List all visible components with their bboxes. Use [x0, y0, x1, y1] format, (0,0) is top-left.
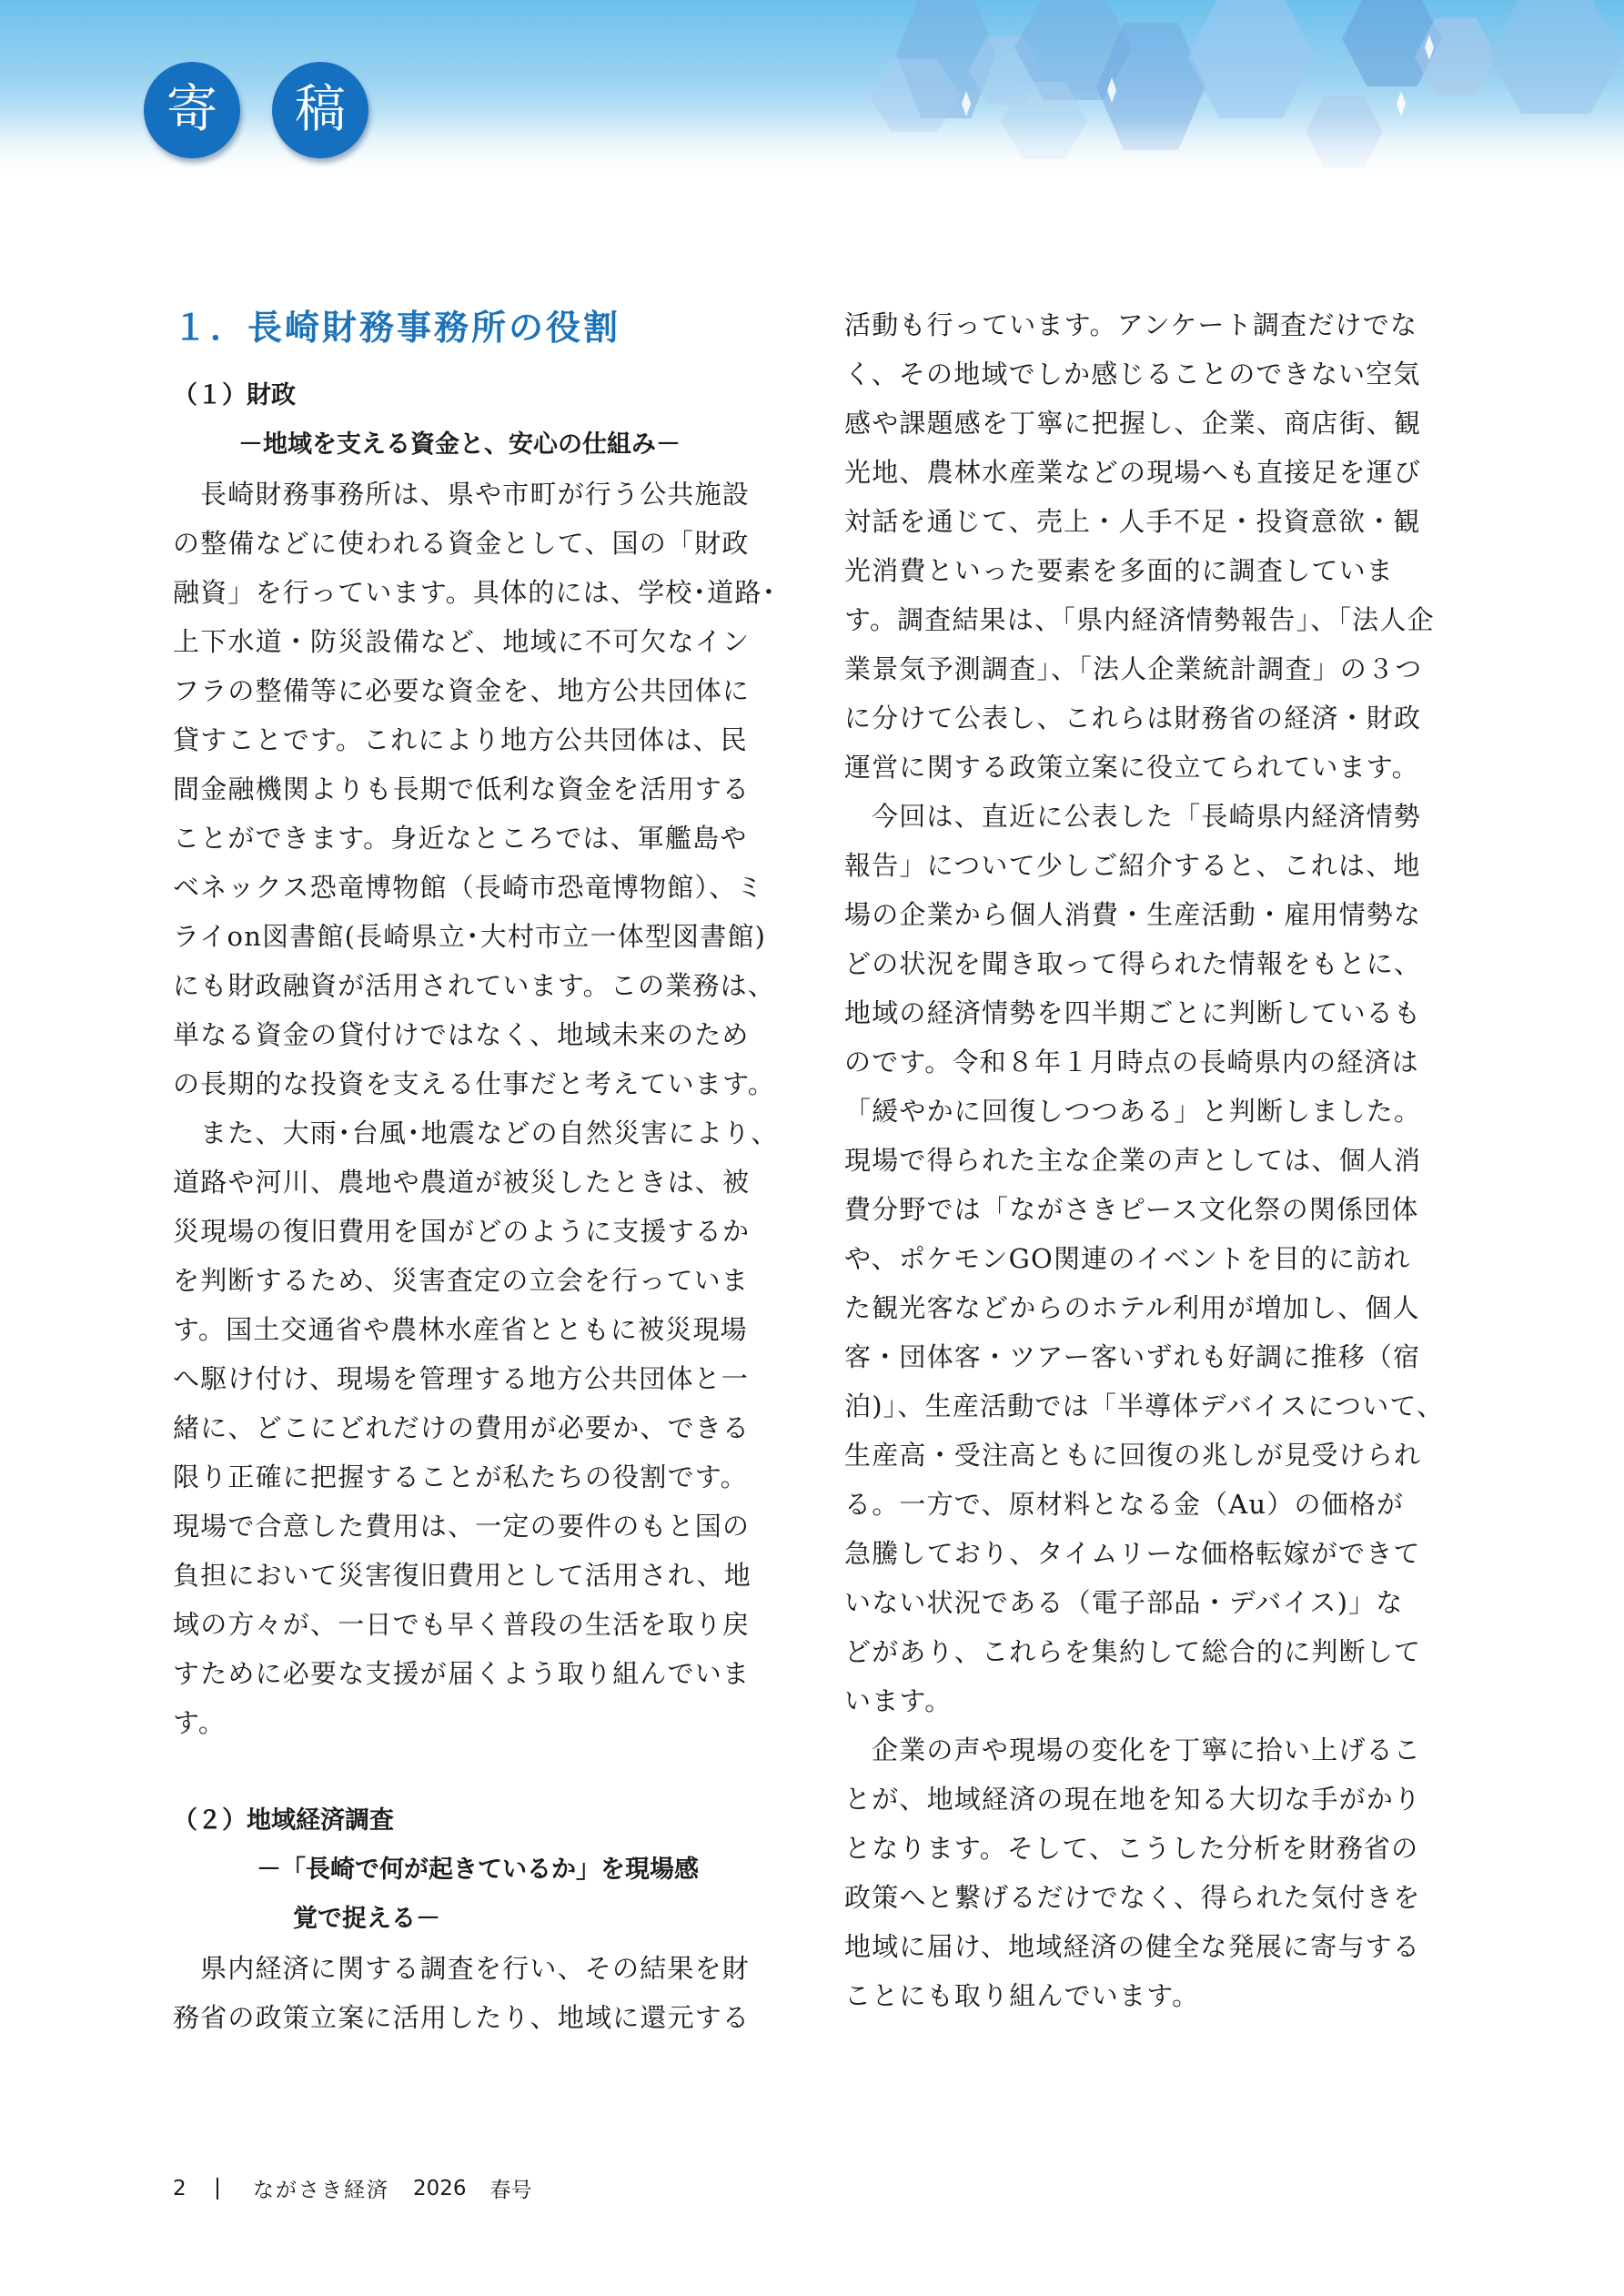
text-line: 緒に、どこにどれだけの費用が必要か、できる [173, 1403, 755, 1452]
page-header-banner: 寄 稿 [0, 0, 1624, 182]
paragraph-finance-2: また、大雨･台風･地震などの自然災害により、 道路や河川、農地や農道が被災したと… [173, 1108, 755, 1747]
text-line: す。調査結果は、「県内経済情勢報告」、「法人企 [844, 595, 1427, 644]
text-line: 地域の経済情勢を四半期ごとに判断しているも [844, 988, 1427, 1037]
text-line: すために必要な支援が届くよう取り組んでいま [173, 1649, 755, 1698]
text-line: 現場で得られた主な企業の声としては、個人消 [844, 1136, 1427, 1185]
text-line: 運営に関する政策立案に役立てられています。 [844, 743, 1427, 792]
text-line: 費分野では「ながさきピース文化祭の関係団体 [844, 1185, 1427, 1234]
text-line: 急騰しており、タイムリーな価格転嫁ができて [844, 1529, 1427, 1578]
text-line: 長崎財務事務所は、県や市町が行う公共施設 [173, 470, 755, 519]
badge-ki: 寄 [144, 62, 240, 158]
text-line: 「緩やかに回復しつつある」と判断しました。 [844, 1087, 1427, 1136]
text-line: に分けて公表し、これらは財務省の経済・財政 [844, 693, 1427, 743]
text-line: フラの整備等に必要な資金を、地方公共団体に [173, 666, 755, 715]
text-line: た観光客などからのホテル利用が増加し、個人 [844, 1283, 1427, 1332]
text-line: 政策へと繋げるだけでなく、得られた気付きを [844, 1873, 1427, 1922]
text-line: 域の方々が、一日でも早く普段の生活を取り戻 [173, 1600, 755, 1649]
text-line: へ駆け付け、現場を管理する地方公共団体と一 [173, 1354, 755, 1403]
magazine-title: ながさき経済 [253, 2173, 389, 2203]
text-line: 今回は、直近に公表した「長崎県内経済情勢 [844, 792, 1427, 841]
paragraph-finance-1: 長崎財務事務所は、県や市町が行う公共施設 の整備などに使われる資金として、国の「… [173, 470, 755, 1108]
text-line: 融資」を行っています。具体的には、学校･道路･ [173, 568, 755, 617]
spacer [173, 1747, 755, 1796]
text-line: 対話を通じて、売上・人手不足・投資意欲・観 [844, 497, 1427, 546]
paragraph-conclusion: 企業の声や現場の変化を丁寧に拾い上げるこ とが、地域経済の現在地を知る大切な手が… [844, 1725, 1427, 2020]
text-line: の整備などに使われる資金として、国の「財政 [173, 519, 755, 568]
text-line: 報告」について少しご紹介すると、これは、地 [844, 841, 1427, 890]
subsection-subtitle-economic-survey-2: 覚で捉える－ [173, 1895, 755, 1944]
text-line: の長期的な投資を支える仕事だと考えています。 [173, 1059, 755, 1108]
text-line: や、ポケモンGO関連のイベントを目的に訪れ [844, 1234, 1427, 1283]
subsection-title-economic-survey: （２）地域経済調査 [173, 1796, 755, 1846]
text-line: にも財政融資が活用されています。この業務は、 [173, 961, 755, 1010]
text-line: いない状況である（電子部品・デバイス)」な [844, 1578, 1427, 1627]
text-line: また、大雨･台風･地震などの自然災害により、 [173, 1108, 755, 1158]
text-line: とが、地域経済の現在地を知る大切な手がかり [844, 1775, 1427, 1824]
text-line: 生産高・受注高ともに回復の兆しが見受けられ [844, 1431, 1427, 1480]
text-line: どの状況を聞き取って得られた情報をもとに、 [844, 939, 1427, 988]
text-line: 貸すことです。これにより地方公共団体は、民 [173, 715, 755, 764]
text-line: 活動も行っています。アンケート調査だけでな [844, 300, 1427, 349]
text-line: 県内経済に関する調査を行い、その結果を財 [173, 1944, 755, 1993]
text-line: を判断するため、災害査定の立会を行っていま [173, 1256, 755, 1305]
text-line: 泊)」、生産活動では「半導体デバイスについて、 [844, 1381, 1427, 1431]
text-line: 業景気予測調査」、「法人企業統計調査」の３つ [844, 644, 1427, 693]
section-title: １．長崎財務事務所の役割 [173, 300, 755, 355]
text-line: す。 [173, 1698, 755, 1747]
text-line: どがあり、これらを集約して総合的に判断して [844, 1627, 1427, 1676]
text-line: ことにも取り組んでいます。 [844, 1971, 1427, 2020]
paragraph-survey-1: 県内経済に関する調査を行い、その結果を財 務省の政策立案に活用したり、地域に還元… [173, 1944, 755, 2042]
text-line: 単なる資金の貸付けではなく、地域未来のため [173, 1010, 755, 1059]
issue-year: 2026 [413, 2177, 467, 2200]
badge-kou: 稿 [272, 62, 368, 158]
page-footer: 2 ながさき経済 2026 春号 [173, 2173, 532, 2203]
text-line: ベネックス恐竜博物館（長崎市恐竜博物館）、ミ [173, 863, 755, 912]
text-line: 感や課題感を丁寧に把握し、企業、商店街、観 [844, 399, 1427, 448]
text-line: ライon図書館(長崎県立･大村市立一体型図書館) [173, 912, 755, 961]
issue-season: 春号 [490, 2173, 532, 2203]
text-line: 光地、農林水産業などの現場へも直接足を運び [844, 448, 1427, 497]
paragraph-survey-continued: 活動も行っています。アンケート調査だけでな く、その地域でしか感じることのできな… [844, 300, 1427, 792]
right-column: 活動も行っています。アンケート調査だけでな く、その地域でしか感じることのできな… [844, 300, 1427, 2020]
text-line: 客・団体客・ツアー客いずれも好調に推移（宿 [844, 1332, 1427, 1381]
subsection-title-finance: （１）財政 [173, 371, 755, 420]
text-line: 場の企業から個人消費・生産活動・雇用情勢な [844, 890, 1427, 939]
text-line: 光消費といった要素を多面的に調査していま [844, 546, 1427, 595]
text-line: 負担において災害復旧費用として活用され、地 [173, 1551, 755, 1600]
category-badges: 寄 稿 [144, 62, 368, 158]
subsection-subtitle-economic-survey-1: －「長崎で何が起きているか」を現場感 [173, 1846, 755, 1895]
text-line: 道路や河川、農地や農道が被災したときは、被 [173, 1158, 755, 1207]
text-line: く、その地域でしか感じることのできない空気 [844, 349, 1427, 399]
subsection-subtitle-finance: －地域を支える資金と、安心の仕組み－ [173, 420, 755, 470]
left-column: １．長崎財務事務所の役割 （１）財政 －地域を支える資金と、安心の仕組み－ 長崎… [173, 300, 755, 2042]
text-line: 間金融機関よりも長期で低利な資金を活用する [173, 764, 755, 814]
text-line: のです。令和８年１月時点の長崎県内の経済は [844, 1037, 1427, 1087]
text-line: 現場で合意した費用は、一定の要件のもと国の [173, 1502, 755, 1551]
text-line: 限り正確に把握することが私たちの役割です。 [173, 1452, 755, 1502]
text-line: 務省の政策立案に活用したり、地域に還元する [173, 1993, 755, 2042]
text-line: 地域に届け、地域経済の健全な発展に寄与する [844, 1922, 1427, 1971]
text-line: ことができます。身近なところでは、軍艦島や [173, 814, 755, 863]
text-line: す。国土交通省や農林水産省とともに被災現場 [173, 1305, 755, 1354]
text-line: となります。そして、こうした分析を財務省の [844, 1824, 1427, 1873]
text-line: 企業の声や現場の変化を丁寧に拾い上げるこ [844, 1725, 1427, 1775]
text-line: る。一方で、原材料となる金（Au）の価格が [844, 1480, 1427, 1529]
page-number: 2 [173, 2177, 217, 2200]
paragraph-economic-report: 今回は、直近に公表した「長崎県内経済情勢 報告」について少しご紹介すると、これは… [844, 792, 1427, 1725]
text-line: 災現場の復旧費用を国がどのように支援するか [173, 1207, 755, 1256]
text-line: います。 [844, 1676, 1427, 1725]
footer-divider [217, 2178, 218, 2200]
text-line: 上下水道・防災設備など、地域に不可欠なイン [173, 617, 755, 666]
